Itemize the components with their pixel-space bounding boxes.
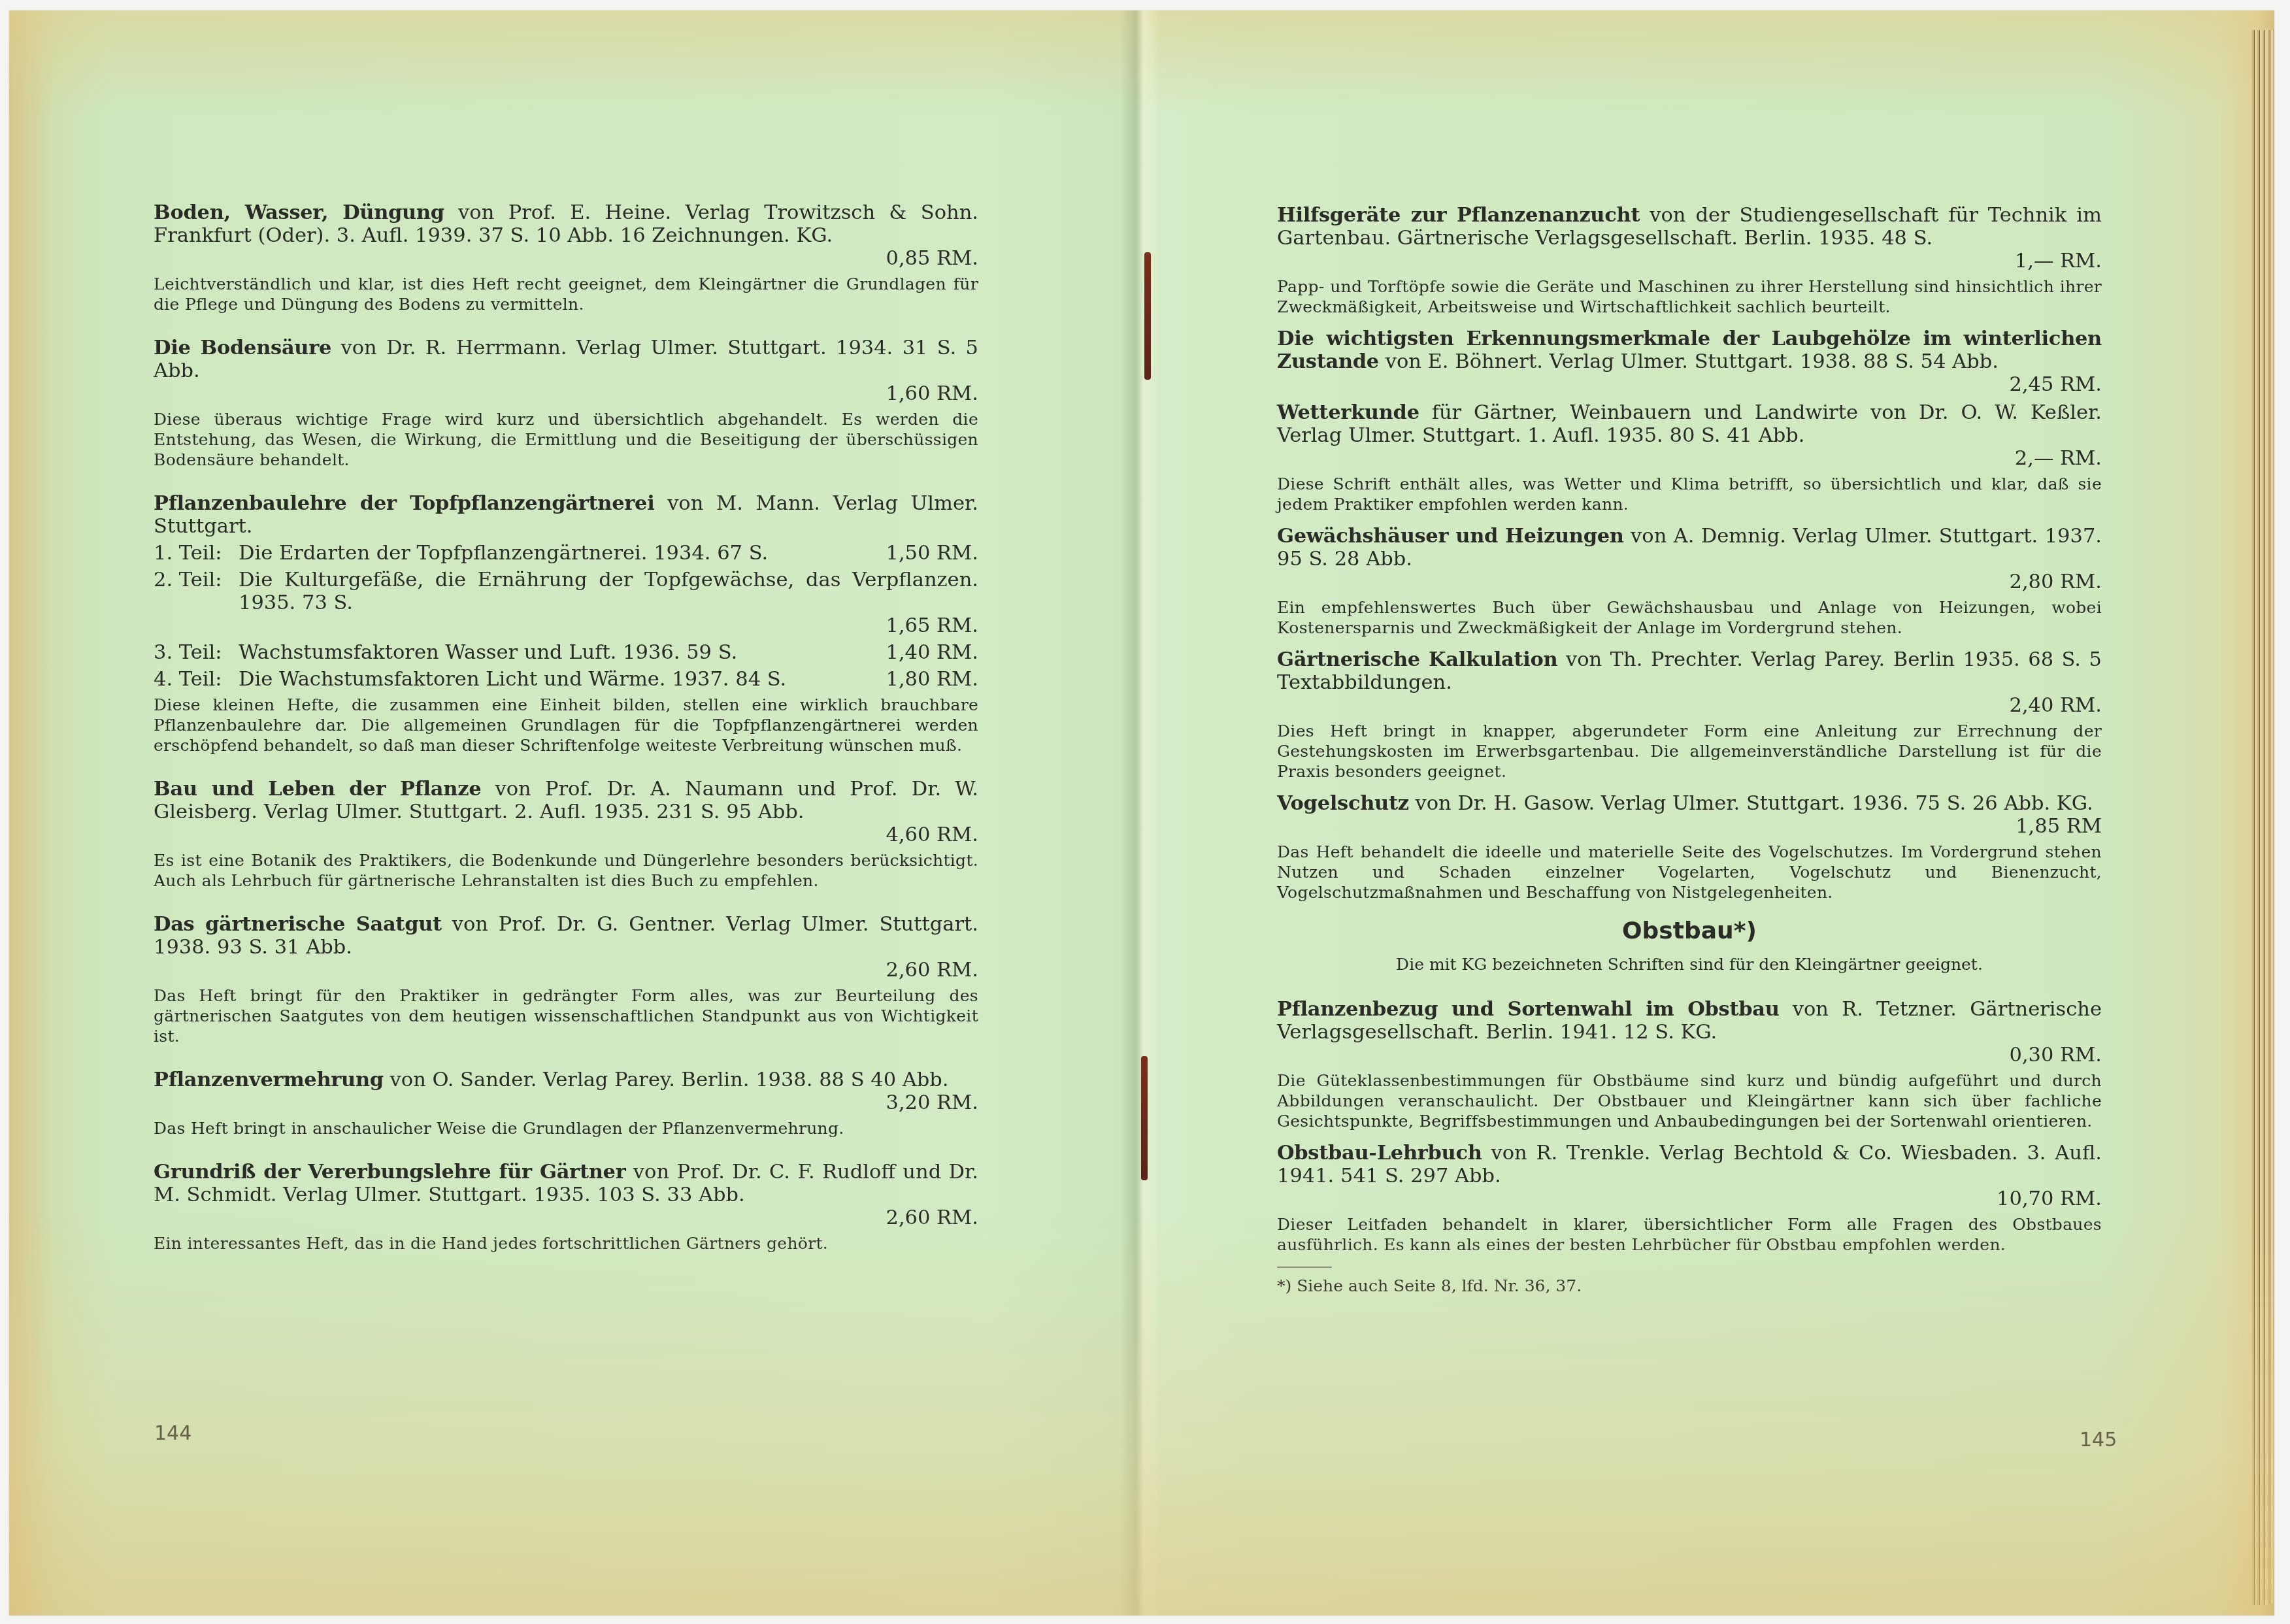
page-number: 145 bbox=[2080, 1429, 2117, 1451]
book-title: Pflanzenbaulehre der Topfpflanzengärtner… bbox=[154, 491, 654, 515]
book-spread: Boden, Wasser, Düngung von Prof. E. Hein… bbox=[9, 10, 2274, 1616]
book-title: Bau und Leben der Pflanze bbox=[154, 777, 481, 801]
book-description: Dies Heft bringt in knapper, abgerundete… bbox=[1277, 721, 2102, 782]
book-description: Das Heft behandelt die ideelle und mater… bbox=[1277, 842, 2102, 903]
book-entry: Das gärtnerische Saatgut von Prof. Dr. G… bbox=[154, 913, 978, 1046]
book-title: Vogelschutz bbox=[1277, 791, 1409, 815]
section-note: Die mit KG bezeichneten Schriften sind f… bbox=[1277, 953, 2102, 976]
book-entry: Vogelschutz von Dr. H. Gasow. Verlag Ulm… bbox=[1277, 792, 2102, 903]
book-description: Diese Schrift enthält alles, was Wetter … bbox=[1277, 474, 2102, 514]
footnote-divider bbox=[1277, 1267, 1332, 1268]
book-biblio: von E. Böhnert. Verlag Ulmer. Stuttgart.… bbox=[1379, 350, 1999, 373]
series-part: 1. Teil: Die Erdarten der Topfpflanzengä… bbox=[154, 542, 978, 565]
part-title: Die Wachstumsfaktoren Licht und Wärme. 1… bbox=[239, 668, 786, 691]
book-title: Pflanzenvermehrung bbox=[154, 1068, 384, 1091]
book-description: Das Heft bringt für den Praktiker in ged… bbox=[154, 986, 978, 1046]
part-title: Die Kulturgefäße, die Ernährung der Topf… bbox=[239, 569, 978, 614]
book-price: 2,60 RM. bbox=[886, 959, 979, 982]
book-title: Hilfsgeräte zur Pflanzenanzucht bbox=[1277, 203, 1640, 227]
book-price: 3,20 RM. bbox=[886, 1091, 979, 1114]
section-heading: Obstbau*) bbox=[1277, 920, 2102, 942]
book-description: Ein empfehlenswertes Buch über Gewächsha… bbox=[1277, 597, 2102, 638]
part-number: 3. Teil: bbox=[154, 641, 239, 664]
part-price: 1,50 RM. bbox=[886, 542, 979, 565]
series-part: 2. Teil: Die Kulturgefäße, die Ernährung… bbox=[154, 569, 978, 637]
book-biblio: von Dr. H. Gasow. Verlag Ulmer. Stuttgar… bbox=[1409, 792, 2093, 815]
book-price: 2,45 RM. bbox=[2010, 373, 2102, 396]
book-title: Pflanzenbezug und Sortenwahl im Obstbau bbox=[1277, 997, 1780, 1021]
book-price: 2,40 RM. bbox=[2010, 694, 2102, 717]
book-price: 2,— RM. bbox=[2015, 447, 2102, 470]
part-number: 2. Teil: bbox=[154, 569, 239, 637]
book-description: Die Güteklassenbestimmungen für Obstbäum… bbox=[1277, 1070, 2102, 1131]
book-entry: Pflanzenvermehrung von O. Sander. Verlag… bbox=[154, 1069, 978, 1138]
book-price: 1,60 RM. bbox=[886, 382, 979, 405]
series-part: 3. Teil: Wachstumsfaktoren Wasser und Lu… bbox=[154, 641, 978, 664]
book-price: 0,30 RM. bbox=[2010, 1044, 2102, 1067]
book-description: Diese überaus wichtige Frage wird kurz u… bbox=[154, 409, 978, 470]
book-entry: Die Bodensäure von Dr. R. Herrmann. Verl… bbox=[154, 337, 978, 470]
book-description: Papp- und Torftöpfe sowie die Geräte und… bbox=[1277, 276, 2102, 317]
book-title: Wetterkunde bbox=[1277, 401, 1419, 424]
book-description: Dieser Leitfaden behandelt in klarer, üb… bbox=[1277, 1214, 2102, 1255]
book-price: 1,— RM. bbox=[2015, 250, 2102, 273]
book-description: Ein interessantes Heft, das in die Hand … bbox=[154, 1233, 978, 1253]
book-title: Die Bodensäure bbox=[154, 336, 331, 359]
book-entry: Gärtnerische Kalkulation von Th. Prechte… bbox=[1277, 648, 2102, 782]
footnote: *) Siehe auch Seite 8, lfd. Nr. 36, 37. bbox=[1277, 1274, 2102, 1297]
book-entry: Hilfsgeräte zur Pflanzenanzucht von der … bbox=[1277, 204, 2102, 317]
book-title: Das gärtnerische Saatgut bbox=[154, 912, 442, 936]
book-price: 2,80 RM. bbox=[2010, 571, 2102, 593]
part-title: Wachstumsfaktoren Wasser und Luft. 1936.… bbox=[239, 641, 737, 664]
book-title: Grundriß der Vererbungslehre für Gärtner bbox=[154, 1160, 625, 1184]
part-title: Die Erdarten der Topfpflanzengärtnerei. … bbox=[239, 542, 768, 565]
book-price: 1,85 RM bbox=[2016, 815, 2102, 838]
book-title: Gärtnerische Kalkulation bbox=[1277, 648, 1557, 671]
page-number: 144 bbox=[154, 1422, 191, 1445]
book-entry: Pflanzenbezug und Sortenwahl im Obstbau … bbox=[1277, 998, 2102, 1131]
book-price: 0,85 RM. bbox=[886, 247, 979, 270]
part-number: 1. Teil: bbox=[154, 542, 239, 565]
part-price: 1,80 RM. bbox=[886, 668, 979, 691]
right-page: Hilfsgeräte zur Pflanzenanzucht von der … bbox=[1146, 10, 2274, 1616]
right-column: Hilfsgeräte zur Pflanzenanzucht von der … bbox=[1277, 204, 2102, 1297]
left-page: Boden, Wasser, Düngung von Prof. E. Hein… bbox=[9, 10, 1133, 1616]
book-entry: Bau und Leben der Pflanze von Prof. Dr. … bbox=[154, 778, 978, 891]
book-entry: Boden, Wasser, Düngung von Prof. E. Hein… bbox=[154, 201, 978, 314]
series-part: 4. Teil: Die Wachstumsfaktoren Licht und… bbox=[154, 668, 978, 691]
book-entry: Die wichtigsten Erkennungsmerkmale der L… bbox=[1277, 327, 2102, 396]
book-price: 10,70 RM. bbox=[1997, 1187, 2102, 1210]
book-entry: Obstbau-Lehrbuch von R. Trenkle. Verlag … bbox=[1277, 1142, 2102, 1255]
book-entry: Grundriß der Vererbungslehre für Gärtner… bbox=[154, 1161, 978, 1253]
book-title: Obstbau-Lehrbuch bbox=[1277, 1141, 1482, 1165]
book-description: Das Heft bringt in anschaulicher Weise d… bbox=[154, 1118, 978, 1138]
book-entry: Wetterkunde für Gärtner, Weinbauern und … bbox=[1277, 401, 2102, 514]
book-biblio: von O. Sander. Verlag Parey. Berlin. 193… bbox=[384, 1069, 949, 1091]
book-description: Es ist eine Botanik des Praktikers, die … bbox=[154, 850, 978, 891]
part-price: 1,40 RM. bbox=[886, 641, 979, 664]
book-entry: Gewächshäuser und Heizungen von A. Demni… bbox=[1277, 525, 2102, 638]
book-title: Gewächshäuser und Heizungen bbox=[1277, 524, 1624, 548]
left-column: Boden, Wasser, Düngung von Prof. E. Hein… bbox=[154, 201, 978, 1276]
book-entry-series: Pflanzenbaulehre der Topfpflanzengärtner… bbox=[154, 492, 978, 755]
book-description: Leichtverständlich und klar, ist dies He… bbox=[154, 274, 978, 314]
book-title: Boden, Wasser, Düngung bbox=[154, 201, 444, 224]
part-price: 1,65 RM. bbox=[886, 614, 979, 637]
book-description: Diese kleinen Hefte, die zusammen eine E… bbox=[154, 695, 978, 755]
part-number: 4. Teil: bbox=[154, 668, 239, 691]
book-price: 2,60 RM. bbox=[886, 1206, 979, 1229]
book-price: 4,60 RM. bbox=[886, 823, 979, 846]
